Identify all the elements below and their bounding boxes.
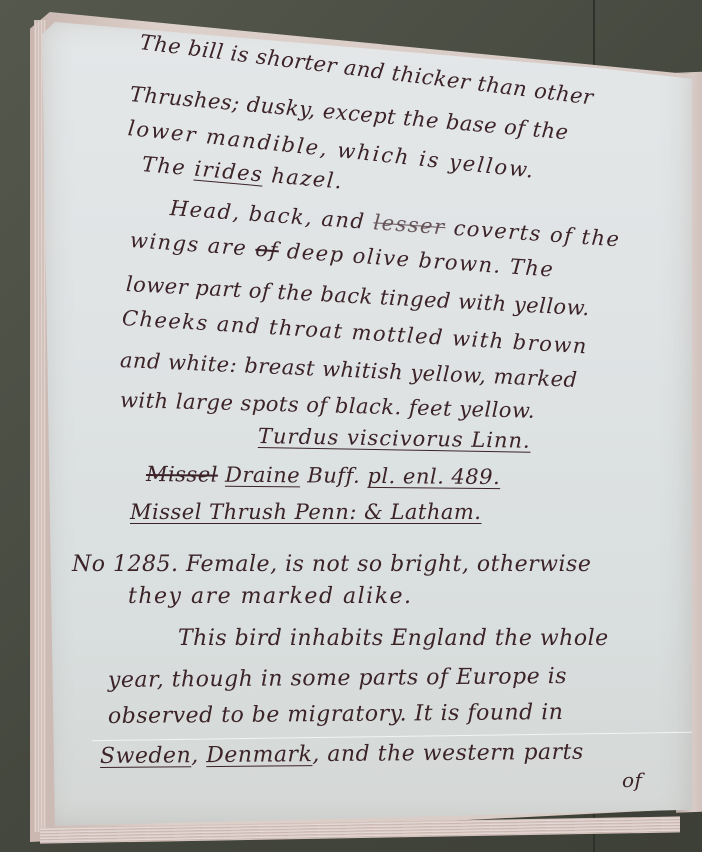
species-name-line: Turdus viscivorus Linn. [258, 424, 531, 453]
specimen-number-line: No 1285. Female, is not so bright, other… [72, 552, 591, 577]
underlined-term: Missel Thrush Penn: & Latham. [130, 500, 481, 524]
french-name-line: Missel Draine Buff. pl. enl. 489. [146, 462, 500, 489]
line-text: wings are [129, 228, 256, 261]
struck-word: of [255, 237, 280, 263]
catchword: of [622, 768, 642, 792]
text-line-15: they are marked alike. [128, 584, 413, 609]
struck-word: lesser [373, 210, 447, 239]
line-text: year, though in some parts of Europe is [108, 664, 567, 693]
line-text: and white: breast whitish yellow, marked [119, 348, 578, 392]
manuscript-text: The bill is shorter and thicker than oth… [0, 0, 702, 852]
underlined-place: Denmark [206, 742, 312, 768]
text-line-19: Sweden, Denmark, and the western parts [100, 740, 584, 769]
underlined-term: irides [193, 157, 264, 187]
line-text: hazel. [262, 163, 344, 194]
line-text: coverts of the [445, 215, 622, 251]
line-text: deep olive brown. The [278, 238, 555, 281]
line-text: of [622, 768, 642, 792]
line-text: observed to be migratory. It is found in [108, 700, 564, 729]
line-text: Buff. [300, 463, 367, 488]
text-line-10: with large spots of black. feet yellow. [120, 388, 536, 423]
line-text: , [191, 743, 206, 768]
line-text: This bird inhabits England the whole [178, 626, 609, 651]
line-text: , and the western parts [312, 740, 584, 767]
underlined-term: Draine [225, 463, 300, 488]
line-text: Head, back, and [169, 196, 374, 234]
text-line-9: and white: breast whitish yellow, marked [119, 348, 578, 392]
plate-reference: pl. enl. 489. [367, 464, 500, 489]
latin-binomial: Turdus viscivorus Linn. [258, 424, 531, 453]
line-text: they are marked alike. [128, 584, 413, 609]
struck-word: Missel [146, 462, 218, 487]
text-line-16: This bird inhabits England the whole [178, 626, 609, 651]
text-line-17: year, though in some parts of Europe is [108, 664, 567, 693]
english-name-line: Missel Thrush Penn: & Latham. [130, 500, 481, 524]
line-text: No 1285. Female, is not so bright, other… [72, 552, 591, 577]
line-text: The [141, 152, 196, 180]
text-line-18: observed to be migratory. It is found in [108, 700, 564, 729]
underlined-place: Sweden [100, 743, 191, 769]
line-text: with large spots of black. feet yellow. [120, 388, 536, 423]
